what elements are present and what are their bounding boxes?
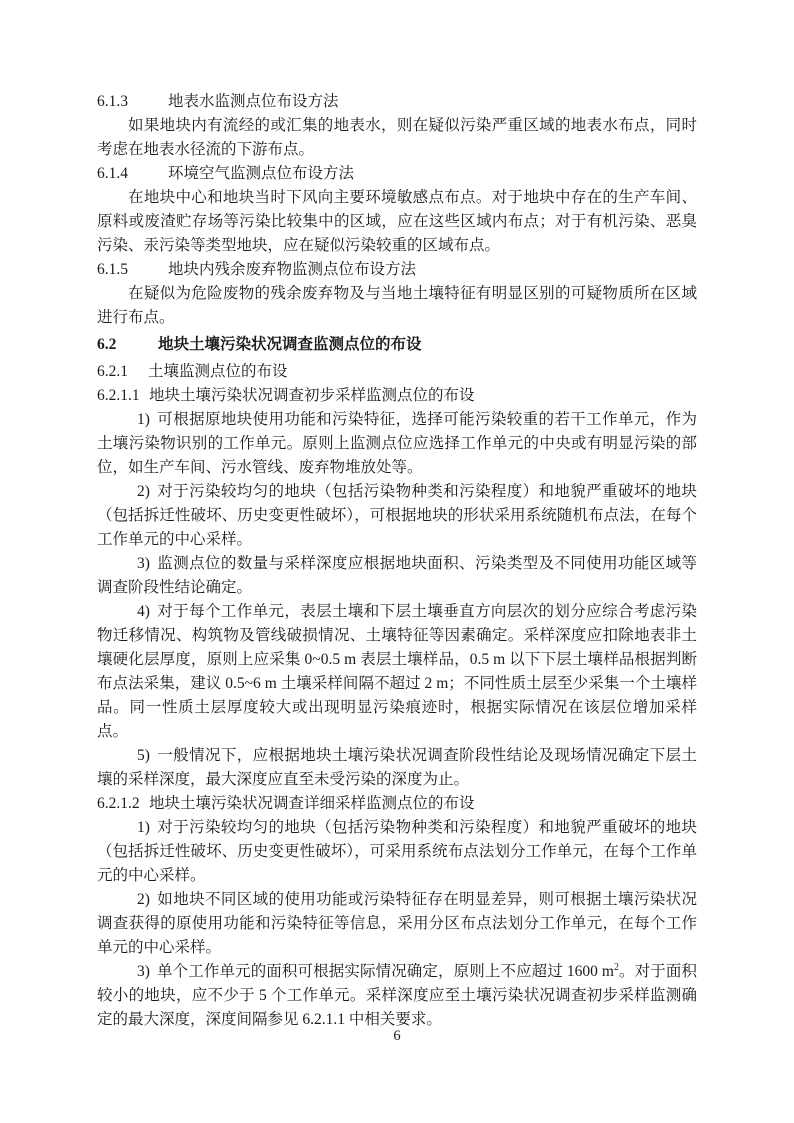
list-item: 4)对于每个工作单元，表层土壤和下层土壤垂直方向层次的划分应综合考虑污染物迁移情… — [97, 600, 697, 744]
section-heading-6-1-3: 6.1.3地表水监测点位布设方法 — [97, 90, 697, 114]
section-title: 地块土壤污染状况调查初步采样监测点位的布设 — [149, 387, 475, 404]
section-heading-6-1-4: 6.1.4环境空气监测点位布设方法 — [97, 162, 697, 186]
list-item-label: 1) — [137, 819, 150, 836]
list-item-label: 1) — [137, 411, 150, 428]
list-item: 1)对于污染较均匀的地块（包括污染物种类和污染程度）和地貌严重破坏的地块（包括拆… — [97, 816, 697, 888]
section-title: 地块内残余废弃物监测点位布设方法 — [168, 261, 416, 278]
section-number: 6.2.1 — [97, 360, 148, 384]
page-number: 6 — [0, 1026, 794, 1046]
section-title: 土壤监测点位的布设 — [148, 363, 288, 380]
list-item: 3)监测点位的数量与采样深度应根据地块面积、污染类型及不同使用功能区域等调查阶段… — [97, 552, 697, 600]
section-title: 地块土壤污染状况调查监测点位的布设 — [158, 336, 422, 353]
paragraph-6-1-4: 在地块中心和地块当时下风向主要环境敏感点布点。对于地块中存在的生产车间、原料或废… — [97, 186, 697, 258]
section-heading-6-2-1-2: 6.2.1.2地块土壤污染状况调查详细采样监测点位的布设 — [97, 792, 697, 816]
section-heading-6-1-5: 6.1.5地块内残余废弃物监测点位布设方法 — [97, 258, 697, 282]
list-item: 2)对于污染较均匀的地块（包括污染物种类和污染程度）和地貌严重破坏的地块（包括拆… — [97, 480, 697, 552]
list-item-label: 3) — [137, 555, 150, 572]
section-heading-6-2-1: 6.2.1土壤监测点位的布设 — [97, 360, 697, 384]
section-heading-6-2-1-1: 6.2.1.1地块土壤污染状况调查初步采样监测点位的布设 — [97, 384, 697, 408]
list-item-text: 监测点位的数量与采样深度应根据地块面积、污染类型及不同使用功能区域等调查阶段性结… — [97, 555, 697, 596]
section-title: 地表水监测点位布设方法 — [168, 93, 339, 110]
list-item-text: 对于污染较均匀的地块（包括污染物种类和污染程度）和地貌严重破坏的地块（包括拆迁性… — [97, 483, 697, 548]
section-number: 6.2 — [97, 333, 158, 357]
paragraph-6-1-3: 如果地块内有流经的或汇集的地表水，则在疑似污染严重区域的地表水布点，同时考虑在地… — [97, 114, 697, 162]
list-item-text: 单个工作单元的面积可根据实际情况确定，原则上不应超过 1600 m — [157, 963, 614, 980]
list-item: 3)单个工作单元的面积可根据实际情况确定，原则上不应超过 1600 m2。对于面… — [97, 960, 697, 1032]
list-item-label: 2) — [137, 483, 150, 500]
section-number: 6.2.1.2 — [97, 792, 149, 816]
list-item-label: 5) — [137, 747, 150, 764]
list-item-text: 对于每个工作单元，表层土壤和下层土壤垂直方向层次的划分应综合考虑污染物迁移情况、… — [97, 603, 697, 740]
paragraph-6-1-5: 在疑似为危险废物的残余废弃物及与当地土壤特征有明显区别的可疑物质所在区域进行布点… — [97, 282, 697, 330]
section-heading-6-2: 6.2地块土壤污染状况调查监测点位的布设 — [97, 333, 697, 357]
list-item-label: 2) — [137, 891, 150, 908]
list-item-text: 如地块不同区域的使用功能或污染特征存在明显差异，则可根据土壤污染状况调查获得的原… — [97, 891, 697, 956]
list-item-text: 对于污染较均匀的地块（包括污染物种类和污染程度）和地貌严重破坏的地块（包括拆迁性… — [97, 819, 697, 884]
document-page: 6.1.3地表水监测点位布设方法 如果地块内有流经的或汇集的地表水，则在疑似污染… — [0, 0, 794, 1123]
section-title: 地块土壤污染状况调查详细采样监测点位的布设 — [149, 795, 475, 812]
list-item-text: 一般情况下，应根据地块土壤污染状况调查阶段性结论及现场情况确定下层土壤的采样深度… — [97, 747, 697, 788]
list-item: 1)可根据原地块使用功能和污染特征，选择可能污染较重的若干工作单元，作为土壤污染… — [97, 408, 697, 480]
section-number: 6.1.4 — [97, 162, 168, 186]
section-number: 6.1.5 — [97, 258, 168, 282]
list-item: 2)如地块不同区域的使用功能或污染特征存在明显差异，则可根据土壤污染状况调查获得… — [97, 888, 697, 960]
section-number: 6.2.1.1 — [97, 384, 149, 408]
section-title: 环境空气监测点位布设方法 — [168, 165, 354, 182]
list-item-text: 可根据原地块使用功能和污染特征，选择可能污染较重的若干工作单元，作为土壤污染物识… — [97, 411, 697, 476]
list-item: 5)一般情况下，应根据地块土壤污染状况调查阶段性结论及现场情况确定下层土壤的采样… — [97, 744, 697, 792]
list-item-label: 3) — [137, 963, 150, 980]
section-number: 6.1.3 — [97, 90, 168, 114]
list-item-label: 4) — [137, 603, 150, 620]
